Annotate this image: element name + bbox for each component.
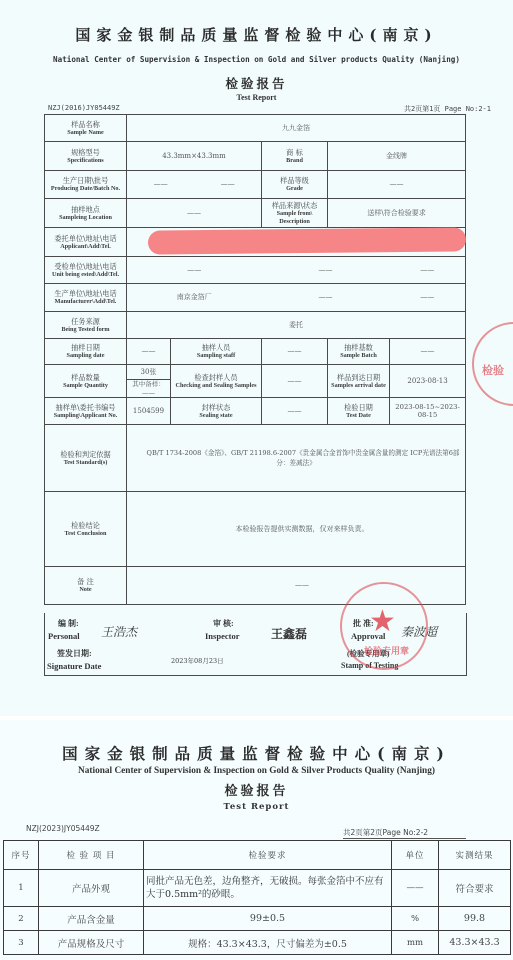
cell-unit: mm	[392, 931, 439, 955]
col-requirement: 检验要求	[144, 841, 392, 870]
label-producing-date: 生产日期\批号Producing Date/Batch No.	[45, 171, 127, 199]
report-title-cn: 检验报告	[0, 780, 513, 799]
results-header-row: 序号 检 验 项 目 检验要求 单位 实测结果	[4, 841, 511, 870]
label-manufacturer: 生产单位\地址\电话Manufacturer\Add\Tel.	[45, 284, 127, 312]
side-seal-stamp: 检验	[472, 322, 513, 406]
value-manufacturer-address: ——	[262, 284, 390, 312]
label-sample-batch: 抽样基数Sample Batch	[328, 339, 390, 365]
value-sample-quantity: 30张	[127, 365, 171, 380]
page-number-underline	[343, 838, 466, 839]
report-title-en: Test Report	[0, 802, 513, 812]
center-title-cn: 国家金银制品质量监督检验中心(南京)	[0, 742, 513, 764]
cell-unit: %	[392, 907, 439, 931]
row-producing-date: 生产日期\批号Producing Date/Batch No. —— —— 样品…	[45, 171, 466, 199]
label-applicant-no: 抽样单\委托书编号Sampling\Applicant No.	[45, 398, 127, 425]
value-grade: ——	[328, 171, 466, 199]
label-note: 备 注Note	[45, 567, 127, 605]
label-test-standards: 检验和判定依据Test Standard(s)	[45, 425, 127, 492]
value-sample-from: 送样\符合检验要求	[328, 199, 466, 228]
value-checking-sealing: ——	[262, 365, 328, 398]
value-arrival-date: 2023-08-13	[390, 365, 466, 398]
center-title-en: National Center of Supervision & Inspect…	[0, 766, 513, 776]
value-brand: 金线牌	[328, 142, 466, 171]
label-test-date: 检验日期Test Date	[328, 398, 390, 425]
label-test-conclusion: 检验结论Test Conclusion	[45, 492, 127, 567]
row-manufacturer: 生产单位\地址\电话Manufacturer\Add\Tel. 南京金箔厂 ——…	[45, 284, 466, 312]
cell-requirement: 规格：43.3×43.3，尺寸偏差为±0.5	[144, 931, 392, 955]
label-unit-tested: 受检单位\地址\电话Unit being ested\Add\Tel.	[45, 257, 127, 284]
cell-item: 产品含金量	[39, 907, 144, 931]
page-number: 共2页第2页Page No:2-2	[343, 827, 428, 838]
value-sampling-staff: ——	[262, 339, 328, 365]
document-number: NZJ(2016)JY05449Z	[48, 104, 120, 112]
sign-date-label-cn: 签发日期:	[57, 648, 92, 659]
value-test-standards: QB/T 1734-2008《金箔》、GB/T 21198.6-2007《贵金属…	[127, 425, 466, 492]
col-item: 检 验 项 目	[39, 841, 144, 870]
col-no: 序号	[4, 841, 39, 870]
sign-date-label-en: Signature Date	[47, 661, 101, 671]
table-row: 1 产品外观 同批产品无色差，边角整齐，无破损。每张金箔中不应有大于0.5mm²…	[4, 870, 511, 907]
cell-result: 符合要求	[439, 870, 511, 907]
value-sampling-date: ——	[127, 339, 171, 365]
value-batch-no: ——	[195, 171, 262, 199]
inspector-label-cn: 审 核:	[213, 618, 234, 629]
value-spare-sample: 其中备样：——	[127, 380, 171, 398]
label-applicant: 委托单位\地址\电话Applicant\Add\Tel.	[45, 228, 127, 257]
value-test-conclusion: 本检验报告提供实测数据，仅对来样负责。	[127, 492, 466, 567]
value-unit-tested-address: ——	[262, 257, 390, 284]
label-sample-quantity: 样品数量Sample Quantity	[45, 365, 127, 398]
row-test-conclusion: 检验结论Test Conclusion 本检验报告提供实测数据，仅对来样负责。	[45, 492, 466, 567]
personal-label-en: Personal	[48, 631, 80, 641]
row-applicant-no: 抽样单\委托书编号Sampling\Applicant No. 1504599 …	[45, 398, 466, 425]
cell-no: 3	[4, 931, 39, 955]
report-title-cn: 检验报告	[0, 74, 513, 92]
value-manufacturer: 南京金箔厂	[127, 284, 262, 312]
row-test-standards: 检验和判定依据Test Standard(s) QB/T 1734-2008《金…	[45, 425, 466, 492]
page-number: 共2页第1页 Page No:2-1	[404, 104, 491, 114]
cell-requirement: 99±0.5	[144, 907, 392, 931]
redaction-mark	[148, 227, 466, 254]
value-sealing-state: ——	[262, 398, 328, 425]
report-title-en: Test Report	[0, 93, 513, 102]
value-producing-date: ——	[127, 171, 195, 199]
side-seal-text: 检验	[482, 362, 504, 378]
cell-no: 1	[4, 870, 39, 907]
value-unit-tested: ——	[127, 257, 262, 284]
row-task-source: 任务来源Being Tested form 委托	[45, 312, 466, 339]
document-number: NZJ(2023)JY05449Z	[26, 824, 100, 833]
value-specifications: 43.3mm×43.3mm	[127, 142, 262, 171]
inspector-label-en: Inspector	[205, 631, 239, 641]
label-sampling-date: 抽样日期Sampling date	[45, 339, 127, 365]
seal-text: 检验专用章	[364, 644, 409, 657]
sample-info-table: 样品名称Sample Name 九九金箔 规格型号Specifications …	[44, 114, 466, 605]
value-manufacturer-tel: ——	[390, 284, 466, 312]
row-unit-tested: 受检单位\地址\电话Unit being ested\Add\Tel. —— —…	[45, 257, 466, 284]
sign-date-value: 2023年08月23日	[171, 656, 224, 665]
label-grade: 样品等级Grade	[262, 171, 328, 199]
label-sample-from: 样品来源\状态Sample from\ Description	[262, 199, 328, 228]
label-sample-name: 样品名称Sample Name	[45, 115, 127, 142]
cell-unit: ——	[392, 870, 439, 907]
personal-label-cn: 编 制:	[58, 618, 79, 629]
label-arrival-date: 样品到达日期Samples arrival date	[328, 365, 390, 398]
label-sampling-staff: 抽样人员Sampling staff	[171, 339, 262, 365]
center-title-en: National Center of Supervision & Inspect…	[0, 55, 513, 64]
test-results-table: 序号 检 验 项 目 检验要求 单位 实测结果 1 产品外观 同批产品无色差，边…	[3, 840, 511, 955]
cell-item: 产品外观	[39, 870, 144, 907]
row-sample-quantity: 样品数量Sample Quantity 30张 检查封样人员Checking a…	[45, 365, 466, 380]
value-sample-batch: ——	[390, 339, 466, 365]
inspector-signature: 王鑫磊	[271, 625, 307, 642]
cell-item: 产品规格及尺寸	[39, 931, 144, 955]
value-unit-tested-tel: ——	[390, 257, 466, 284]
row-sampling-location: 抽样地点Sampleing Location —— 样品来源\状态Sample …	[45, 199, 466, 228]
cell-requirement: 同批产品无色差，边角整齐，无破损。每张金箔中不应有大于0.5mm²的砂眼。	[144, 870, 392, 907]
cell-result: 99.8	[439, 907, 511, 931]
report-page-2: 国家金银制品质量监督检验中心(南京) National Center of Su…	[0, 720, 513, 960]
value-sample-name: 九九金箔	[127, 115, 466, 142]
value-applicant-no: 1504599	[127, 398, 171, 425]
row-sampling-date: 抽样日期Sampling date —— 抽样人员Sampling staff …	[45, 339, 466, 365]
official-seal-stamp: ★ 检验专用章	[340, 582, 428, 670]
personal-signature: 王浩杰	[101, 623, 137, 640]
label-brand: 商 标Brand	[262, 142, 328, 171]
label-sealing-state: 封样状态Sealing state	[171, 398, 262, 425]
value-sampling-location: ——	[127, 199, 262, 228]
center-title-cn: 国家金银制品质量监督检验中心(南京)	[0, 24, 513, 45]
label-task-source: 任务来源Being Tested form	[45, 312, 127, 339]
col-unit: 单位	[392, 841, 439, 870]
label-sampling-location: 抽样地点Sampleing Location	[45, 199, 127, 228]
value-task-source: 委托	[127, 312, 466, 339]
row-sample-name: 样品名称Sample Name 九九金箔	[45, 115, 466, 142]
label-specifications: 规格型号Specifications	[45, 142, 127, 171]
value-test-date: 2023-08-15~2023-08-15	[390, 398, 466, 425]
table-row: 2 产品含金量 99±0.5 % 99.8	[4, 907, 511, 931]
row-specifications: 规格型号Specifications 43.3mm×43.3mm 商 标Bran…	[45, 142, 466, 171]
report-page-1: 国家金银制品质量监督检验中心(南京) National Center of Su…	[0, 0, 513, 716]
table-row: 3 产品规格及尺寸 规格：43.3×43.3，尺寸偏差为±0.5 mm 43.3…	[4, 931, 511, 955]
star-icon: ★	[369, 604, 396, 639]
cell-no: 2	[4, 907, 39, 931]
label-checking-sealing: 检查封样人员Checking and Sealing Samples	[171, 365, 262, 398]
col-result: 实测结果	[439, 841, 511, 870]
cell-result: 43.3×43.3	[439, 931, 511, 955]
